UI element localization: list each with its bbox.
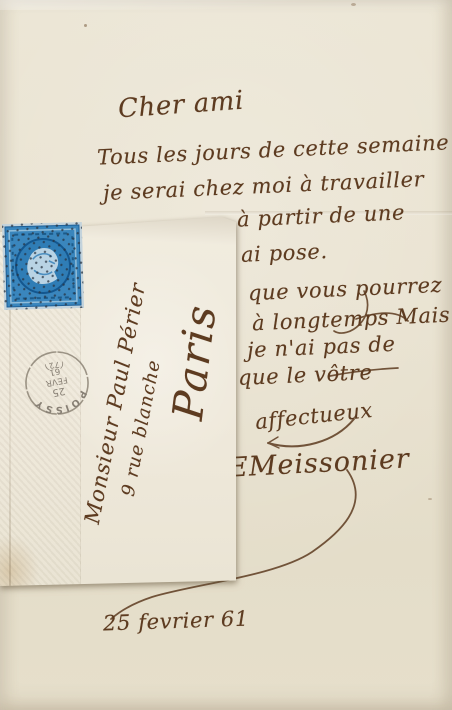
postmark-month: FEVR <box>45 374 69 388</box>
letter-line: que vous pourrez <box>248 275 443 304</box>
letter-line: à longtemps Mais <box>252 305 451 335</box>
postmark-year: 61 <box>48 365 61 377</box>
ink-speck <box>84 24 87 27</box>
letter-line: que le vôtre <box>238 362 373 389</box>
letter-scan: Cher ami Tous les jours de cette semaine… <box>0 0 452 710</box>
letter-closing: affectueux <box>254 400 374 433</box>
letter-line: je serai chez moi à travailler <box>103 169 425 204</box>
letter-date: 25 fevrier 61 <box>103 608 250 634</box>
letter-salutation: Cher ami <box>117 88 245 123</box>
postmark-poissy: POISSY (72) 25 FEVR 61 <box>17 343 97 423</box>
ink-speck <box>351 3 356 6</box>
letter-line: Tous les jours de cette semaine <box>97 132 450 168</box>
letter-signature: EMeissonier <box>227 445 410 481</box>
letter-line: je n'ai pas de <box>247 334 396 361</box>
postage-stamp-icon <box>2 222 84 310</box>
letter-line: à partir de une <box>237 202 406 230</box>
paper-edge <box>0 0 452 10</box>
pencil-mark <box>428 498 432 500</box>
